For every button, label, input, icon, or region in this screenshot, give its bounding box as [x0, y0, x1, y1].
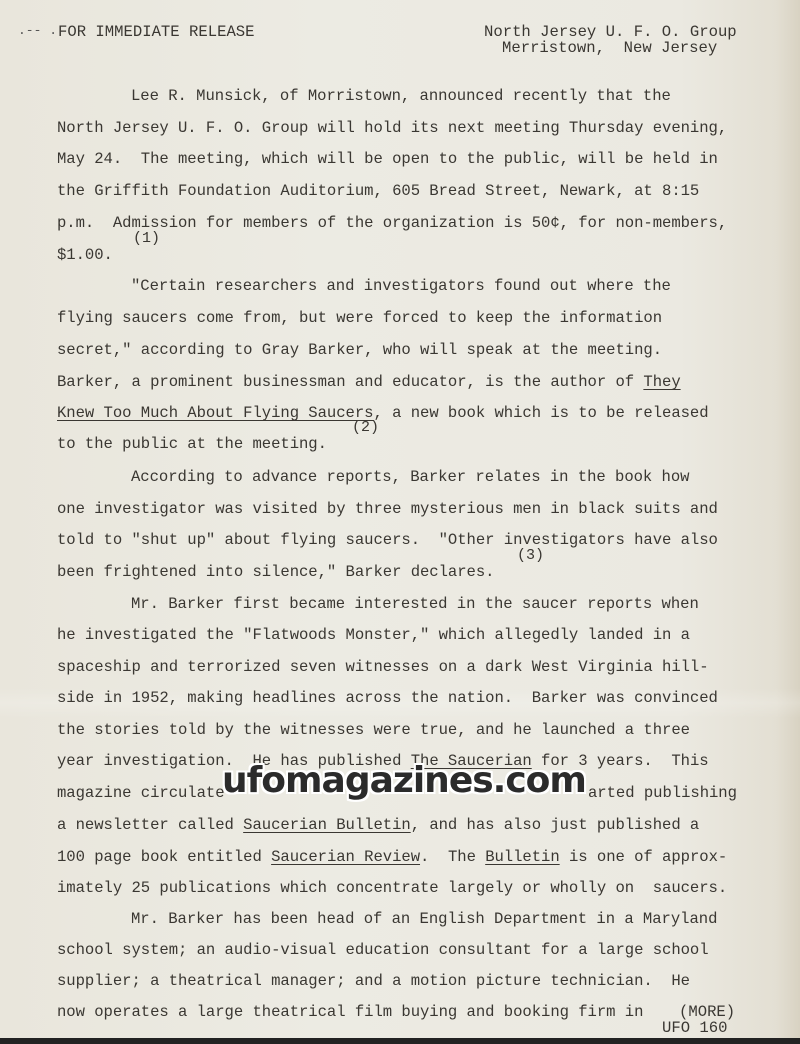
body-line: told to "shut up" about flying saucers. …	[57, 531, 718, 549]
body-text: is one of approx-	[560, 848, 728, 866]
margin-marks: .-- .	[18, 23, 57, 38]
book-title: Knew Too Much About Flying Saucers	[57, 404, 373, 422]
book-title: They	[643, 373, 680, 391]
footnote-marker: (1)	[133, 230, 160, 247]
body-line: magazine circulate	[57, 784, 225, 802]
scan-edge	[0, 1038, 800, 1044]
body-line: arted publishing	[588, 784, 737, 802]
body-line: the Griffith Foundation Auditorium, 605 …	[57, 182, 699, 200]
body-line: secret," according to Gray Barker, who w…	[57, 341, 662, 359]
body-text: . The	[420, 848, 485, 866]
body-text: Barker, a prominent businessman and educ…	[57, 373, 643, 391]
org-location: Merristown, New Jersey	[502, 39, 717, 57]
release-heading: FOR IMMEDIATE RELEASE	[58, 23, 255, 41]
body-line: to the public at the meeting.	[57, 435, 327, 453]
body-line: spaceship and terrorized seven witnesses…	[57, 658, 709, 676]
body-line: According to advance reports, Barker rel…	[131, 468, 689, 486]
body-line: supplier; a theatrical manager; and a mo…	[57, 972, 690, 990]
body-line: 100 page book entitled Saucerian Review.…	[57, 848, 727, 866]
body-line: $1.00.	[57, 246, 113, 264]
footnote-marker: (3)	[517, 547, 544, 564]
watermark: ufomagazines.com	[222, 760, 586, 801]
body-text: 100 page book entitled	[57, 848, 271, 866]
body-line: Barker, a prominent businessman and educ…	[57, 373, 681, 391]
body-line: imately 25 publications which concentrat…	[57, 879, 727, 897]
body-line: Lee R. Munsick, of Morristown, announced…	[131, 87, 671, 105]
body-text: , a new book which is to be released	[373, 404, 708, 422]
body-line: "Certain researchers and investigators f…	[131, 277, 671, 295]
body-line: been frightened into silence," Barker de…	[57, 563, 494, 581]
body-line: Knew Too Much About Flying Saucers, a ne…	[57, 404, 709, 422]
body-line: he investigated the "Flatwoods Monster,"…	[57, 626, 690, 644]
footnote-marker: (2)	[352, 419, 379, 436]
body-line: flying saucers come from, but were force…	[57, 309, 662, 327]
body-line: Mr. Barker has been head of an English D…	[131, 910, 717, 928]
newsletter-title: Saucerian Bulletin	[243, 816, 411, 834]
body-line: May 24. The meeting, which will be open …	[57, 150, 718, 168]
page-code: UFO 160	[662, 1019, 728, 1037]
body-line: side in 1952, making headlines across th…	[57, 689, 718, 707]
body-text: a newsletter called	[57, 816, 243, 834]
body-line: one investigator was visited by three my…	[57, 500, 718, 518]
body-line: a newsletter called Saucerian Bulletin, …	[57, 816, 699, 834]
body-line: Mr. Barker first became interested in th…	[131, 595, 699, 613]
body-line: the stories told by the witnesses were t…	[57, 721, 690, 739]
body-line: school system; an audio-visual education…	[57, 941, 709, 959]
newsletter-title: Bulletin	[485, 848, 559, 866]
body-text: , and has also just published a	[411, 816, 700, 834]
body-line: now operates a large theatrical film buy…	[57, 1003, 643, 1021]
book-title: Saucerian Review	[271, 848, 420, 866]
body-line: North Jersey U. F. O. Group will hold it…	[57, 119, 727, 137]
